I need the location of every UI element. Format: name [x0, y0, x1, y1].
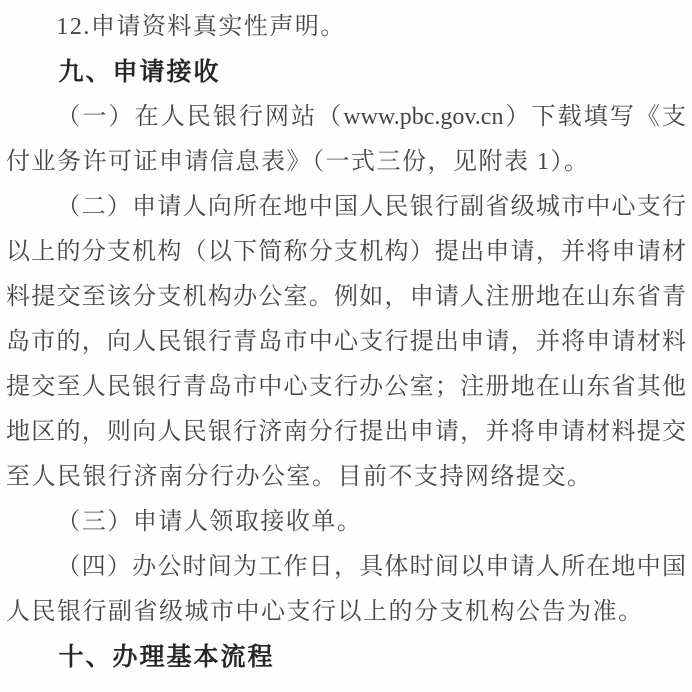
document-body: 12.申请资料真实性声明。 九、申请接收 （一）在人民银行网站（www.pbc.… — [6, 5, 686, 680]
para-two-line-3: 料提交至该分支机构办公室。例如，申请人注册地在山东省青 — [6, 275, 686, 320]
para-two-line-4: 岛市的，向人民银行青岛市中心支行提出申请，并将申请材料 — [6, 320, 686, 365]
para-two-line-5: 提交至人民银行青岛市中心支行办公室；注册地在山东省其他 — [6, 365, 686, 410]
para-one-line-2: 付业务许可证申请信息表》（一式三份，见附表 1）。 — [6, 140, 686, 185]
para-two-line-6: 地区的，则向人民银行济南分行提出申请，并将申请材料提交 — [6, 410, 686, 455]
para-one-line-1: （一）在人民银行网站（www.pbc.gov.cn）下载填写《支 — [6, 95, 686, 140]
list-item-12-statement: 12.申请资料真实性声明。 — [6, 5, 686, 50]
para-two-line-7: 至人民银行济南分行办公室。目前不支持网络提交。 — [6, 455, 686, 500]
para-four-line-1: （四）办公时间为工作日，具体时间以申请人所在地中国 — [6, 545, 686, 590]
heading-section-nine: 九、申请接收 — [6, 50, 686, 95]
document-page: { "page": { "background": "#fefefe", "bo… — [0, 0, 692, 692]
para-two-line-2: 以上的分支机构（以下简称分支机构）提出申请，并将申请材 — [6, 230, 686, 275]
para-two-line-1: （二）申请人向所在地中国人民银行副省级城市中心支行 — [6, 185, 686, 230]
para-three-line-1: （三）申请人领取接收单。 — [6, 500, 686, 545]
heading-section-ten: 十、办理基本流程 — [6, 635, 686, 680]
para-four-line-2: 人民银行副省级城市中心支行以上的分支机构公告为准。 — [6, 590, 686, 635]
